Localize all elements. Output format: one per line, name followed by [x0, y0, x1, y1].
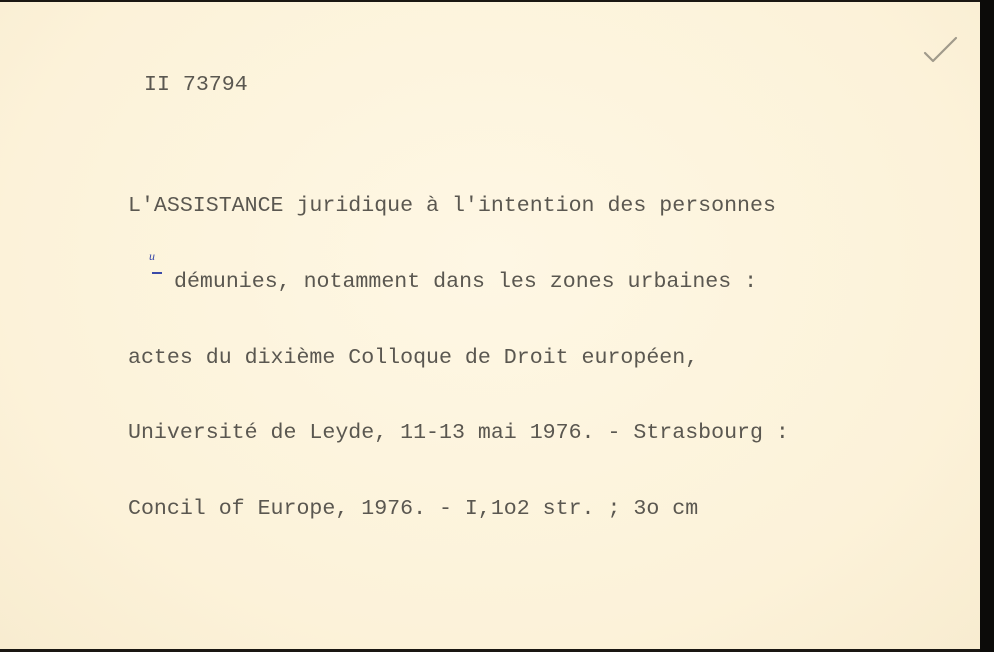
entry-line-proceedings: actes du dixième Colloque de Droit europ…: [128, 346, 789, 371]
entry-line-imprint: Université de Leyde, 11-13 mai 1976. - S…: [128, 421, 789, 446]
check-mark-icon: [922, 34, 958, 64]
entry-line-title: L'ASSISTANCE juridique à l'intention des…: [128, 194, 789, 219]
bibliographic-entry: L'ASSISTANCE juridique à l'intention des…: [128, 144, 789, 572]
call-number: II 73794: [144, 72, 248, 98]
scanner-background: [980, 0, 994, 652]
entry-line-subtitle: démunies, notamment dans les zones urbai…: [128, 270, 789, 295]
entry-line-publisher: Concil of Europe, 1976. - I,1o2 str. ; 3…: [128, 497, 789, 522]
catalog-card: II 73794 L'ASSISTANCE juridique à l'inte…: [0, 2, 980, 649]
correction-mark: [152, 272, 162, 274]
handwritten-correction: u: [149, 249, 155, 264]
